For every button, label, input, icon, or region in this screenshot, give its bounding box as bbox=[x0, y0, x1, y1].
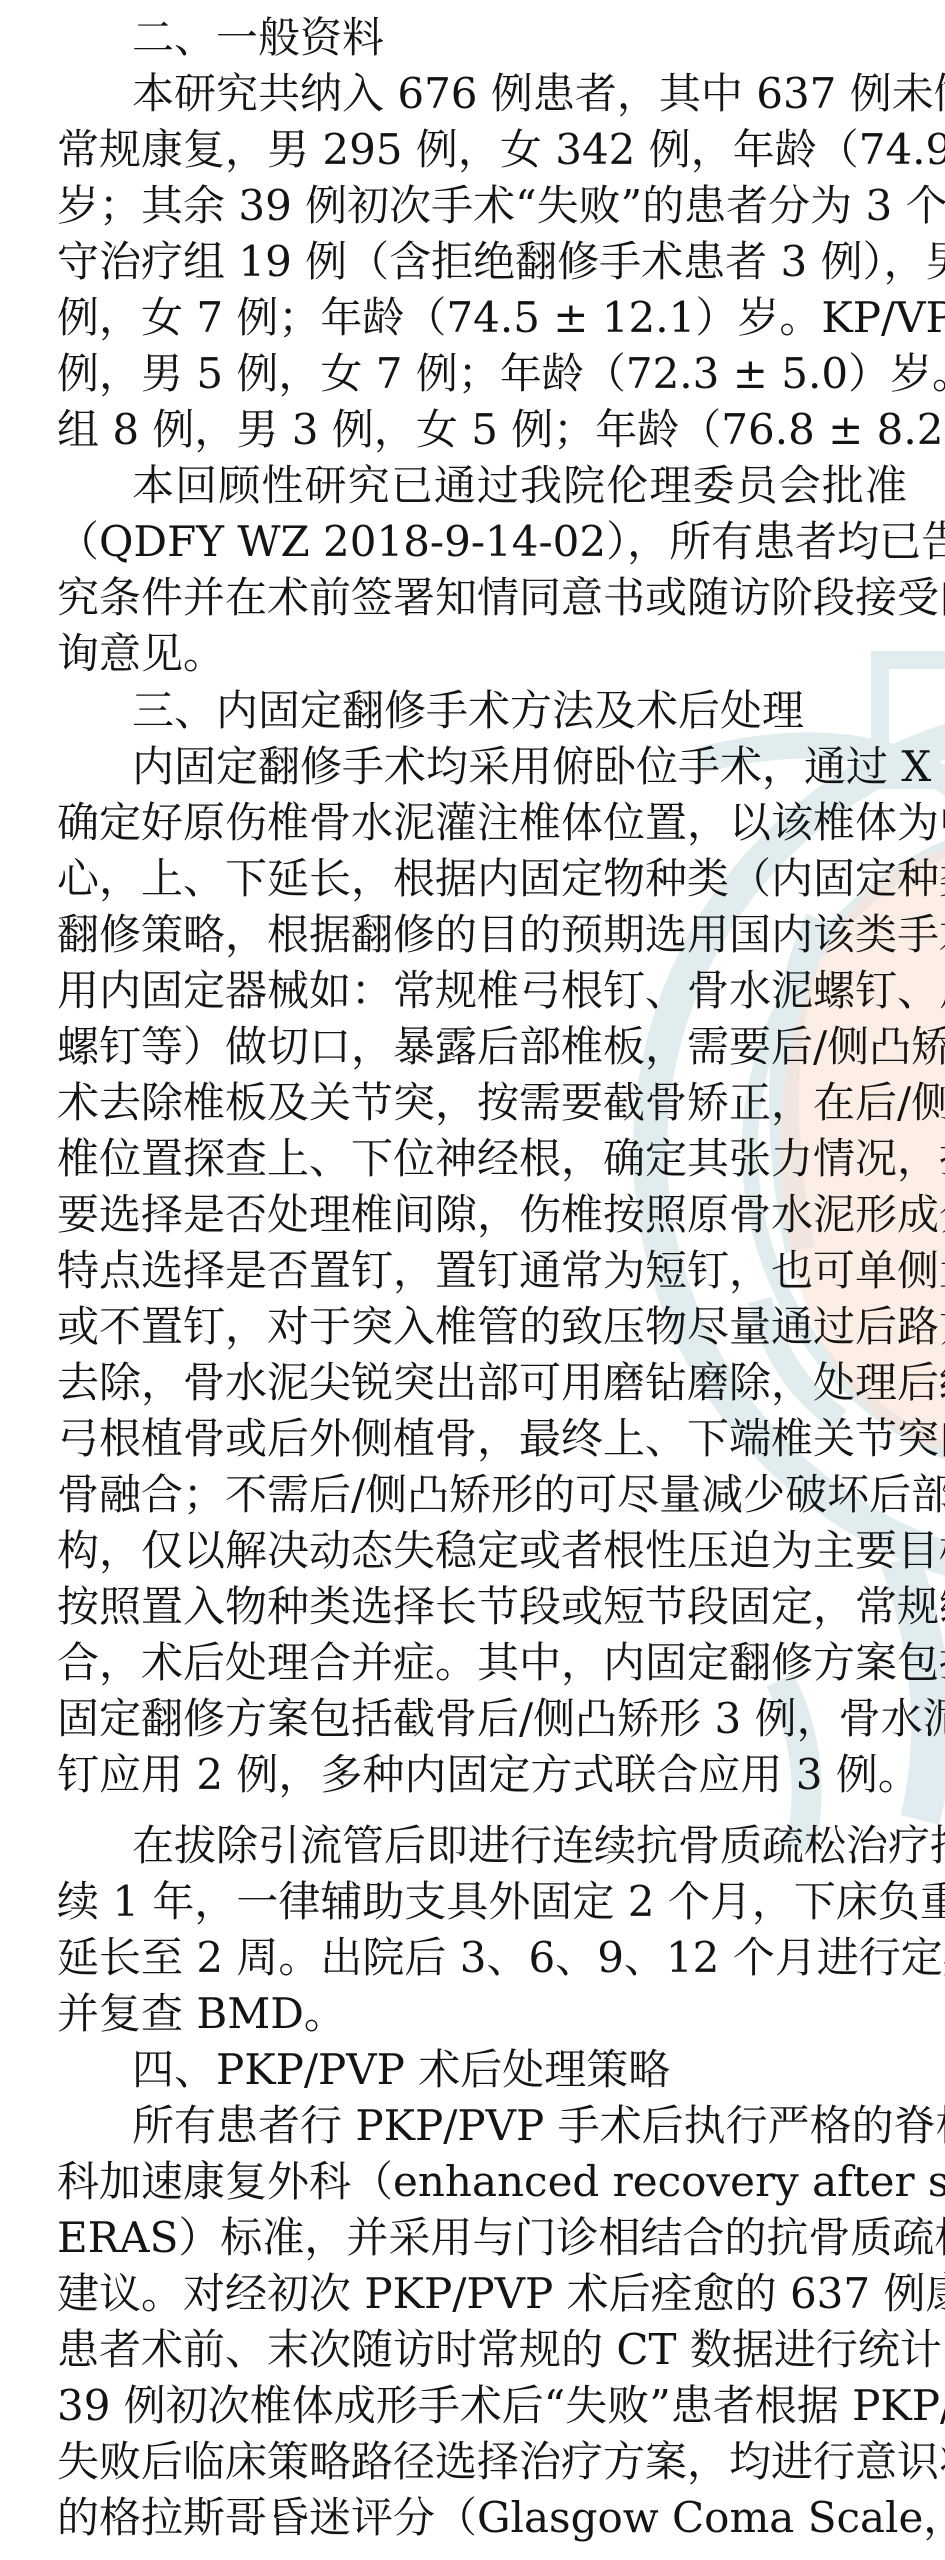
paper-page: 二、一般资料 本研究共纳入 676 例患者，其中 637 例未做处理 常规康复，… bbox=[0, 0, 945, 2560]
section-heading-general-info: 二、一般资料 bbox=[132, 10, 384, 66]
text-line: 钉应用 2 例，多种内固定方式联合应用 3 例。 bbox=[57, 1747, 907, 1803]
text-line: 术去除椎板及关节突，按需要截骨矫正，在后/侧凸顶 bbox=[57, 1075, 907, 1131]
text-line: 固定翻修方案包括截骨后/侧凸矫形 3 例，骨水泥螺 bbox=[57, 1691, 907, 1747]
text-line: ERAS）标准，并采用与门诊相结合的抗骨质疏松用药 bbox=[57, 2210, 907, 2266]
text-line: 本研究共纳入 676 例患者，其中 637 例未做处理 bbox=[132, 66, 907, 122]
text-line: 所有患者行 PKP/PVP 手术后执行严格的脊柱外 bbox=[132, 2098, 907, 2154]
text-line: 组 8 例，男 3 例，女 5 例；年龄（76.8 ± 8.2）岁（表 1）。 bbox=[57, 402, 907, 458]
text-line: 构，仅以解决动态失稳定或者根性压迫为主要目标， bbox=[57, 1523, 907, 1579]
section-heading-revision-surgery: 三、内固定翻修手术方法及术后处理 bbox=[132, 683, 804, 739]
text-line: 或不置钉，对于突入椎管的致压物尽量通过后路方式 bbox=[57, 1299, 907, 1355]
text-line: 要选择是否处理椎间隙，伤椎按照原骨水泥形成分布 bbox=[57, 1187, 907, 1243]
text-line: 骨融合；不需后/侧凸矫形的可尽量减少破坏后部结 bbox=[57, 1467, 907, 1523]
text-line: （QDFY WZ 2018-9-14-02），所有患者均已告知附带研 bbox=[57, 514, 907, 570]
text-line: 螺钉等）做切口，暴露后部椎板，需要后/侧凸矫正手 bbox=[57, 1019, 907, 1075]
text-line: 延长至 2 周。出院后 3、6、9、12 个月进行定期随访，一 bbox=[57, 1930, 907, 1986]
text-line: 例，女 7 例；年龄（74.5 ± 12.1）岁。KP/VP 翻修组 12 bbox=[57, 290, 907, 346]
text-line: 并复查 BMD。 bbox=[57, 1986, 907, 2042]
text-line: 特点选择是否置钉，置钉通常为短钉，也可单侧置钉 bbox=[57, 1243, 907, 1299]
text-line: 翻修策略，根据翻修的目的预期选用国内该类手术常 bbox=[57, 907, 907, 963]
text-line: 的格拉斯哥昏迷评分（Glasgow Coma Scale，GCS）：15 bbox=[57, 2490, 907, 2546]
text-line: 确定好原伤椎骨水泥灌注椎体位置，以该椎体为中 bbox=[57, 795, 907, 851]
text-line: 岁；其余 39 例初次手术“失败”的患者分为 3 个组：保 bbox=[57, 178, 907, 234]
text-line: 究条件并在术前签署知情同意书或随访阶段接受问 bbox=[57, 570, 907, 626]
text-line: 按照置入物种类选择长节段或短节段固定，常规缝 bbox=[57, 1579, 907, 1635]
text-line: 科加速康复外科（enhanced recovery after surgery, bbox=[57, 2154, 907, 2210]
section-heading-pkp-pvp-strategy: 四、PKP/PVP 术后处理策略 bbox=[132, 2042, 670, 2098]
text-line: 建议。对经初次 PKP/PVP 术后痊愈的 637 例康复组 bbox=[57, 2266, 907, 2322]
text-line: 患者术前、末次随访时常规的 CT 数据进行统计，对 bbox=[57, 2322, 907, 2378]
text-line: 例，男 5 例，女 7 例；年龄（72.3 ± 5.0）岁。内固定翻修 bbox=[57, 346, 907, 402]
text-line: 询意见。 bbox=[57, 626, 907, 682]
text-line: 合，术后处理合并症。其中，内固定翻修方案包括：内 bbox=[57, 1635, 907, 1691]
text-line: 失败后临床策略路径选择治疗方案，均进行意识状态 bbox=[57, 2434, 907, 2490]
text-line: 弓根植骨或后外侧植骨，最终上、下端椎关节突间植 bbox=[57, 1411, 907, 1467]
text-line: 心，上、下延长，根据内固定物种类（内固定种类参照 bbox=[57, 851, 907, 907]
text-line: 用内固定器械如：常规椎弓根钉、骨水泥螺钉、皮质骨 bbox=[57, 963, 907, 1019]
text-line: 在拔除引流管后即进行连续抗骨质疏松治疗持 bbox=[132, 1818, 907, 1874]
text-line: 守治疗组 19 例（含拒绝翻修手术患者 3 例），男 12 bbox=[57, 234, 907, 290]
text-line: 内固定翻修手术均采用俯卧位手术，通过 X 线片 bbox=[132, 739, 907, 795]
text-line: 常规康复，男 295 例，女 342 例，年龄（74.9 ± 14.8） bbox=[57, 122, 907, 178]
text-line: 续 1 年，一律辅助支具外固定 2 个月，下床负重时间 bbox=[57, 1874, 907, 1930]
text-line: 39 例初次椎体成形手术后“失败”患者根据 PKP/PVP bbox=[57, 2378, 907, 2434]
text-line: 去除，骨水泥尖锐突出部可用磨钻磨除，处理后经椎 bbox=[57, 1355, 907, 1411]
text-line: 椎位置探查上、下位神经根，确定其张力情况，按照需 bbox=[57, 1131, 907, 1187]
text-line: 本回顾性研究已通过我院伦理委员会批准 bbox=[132, 458, 907, 514]
